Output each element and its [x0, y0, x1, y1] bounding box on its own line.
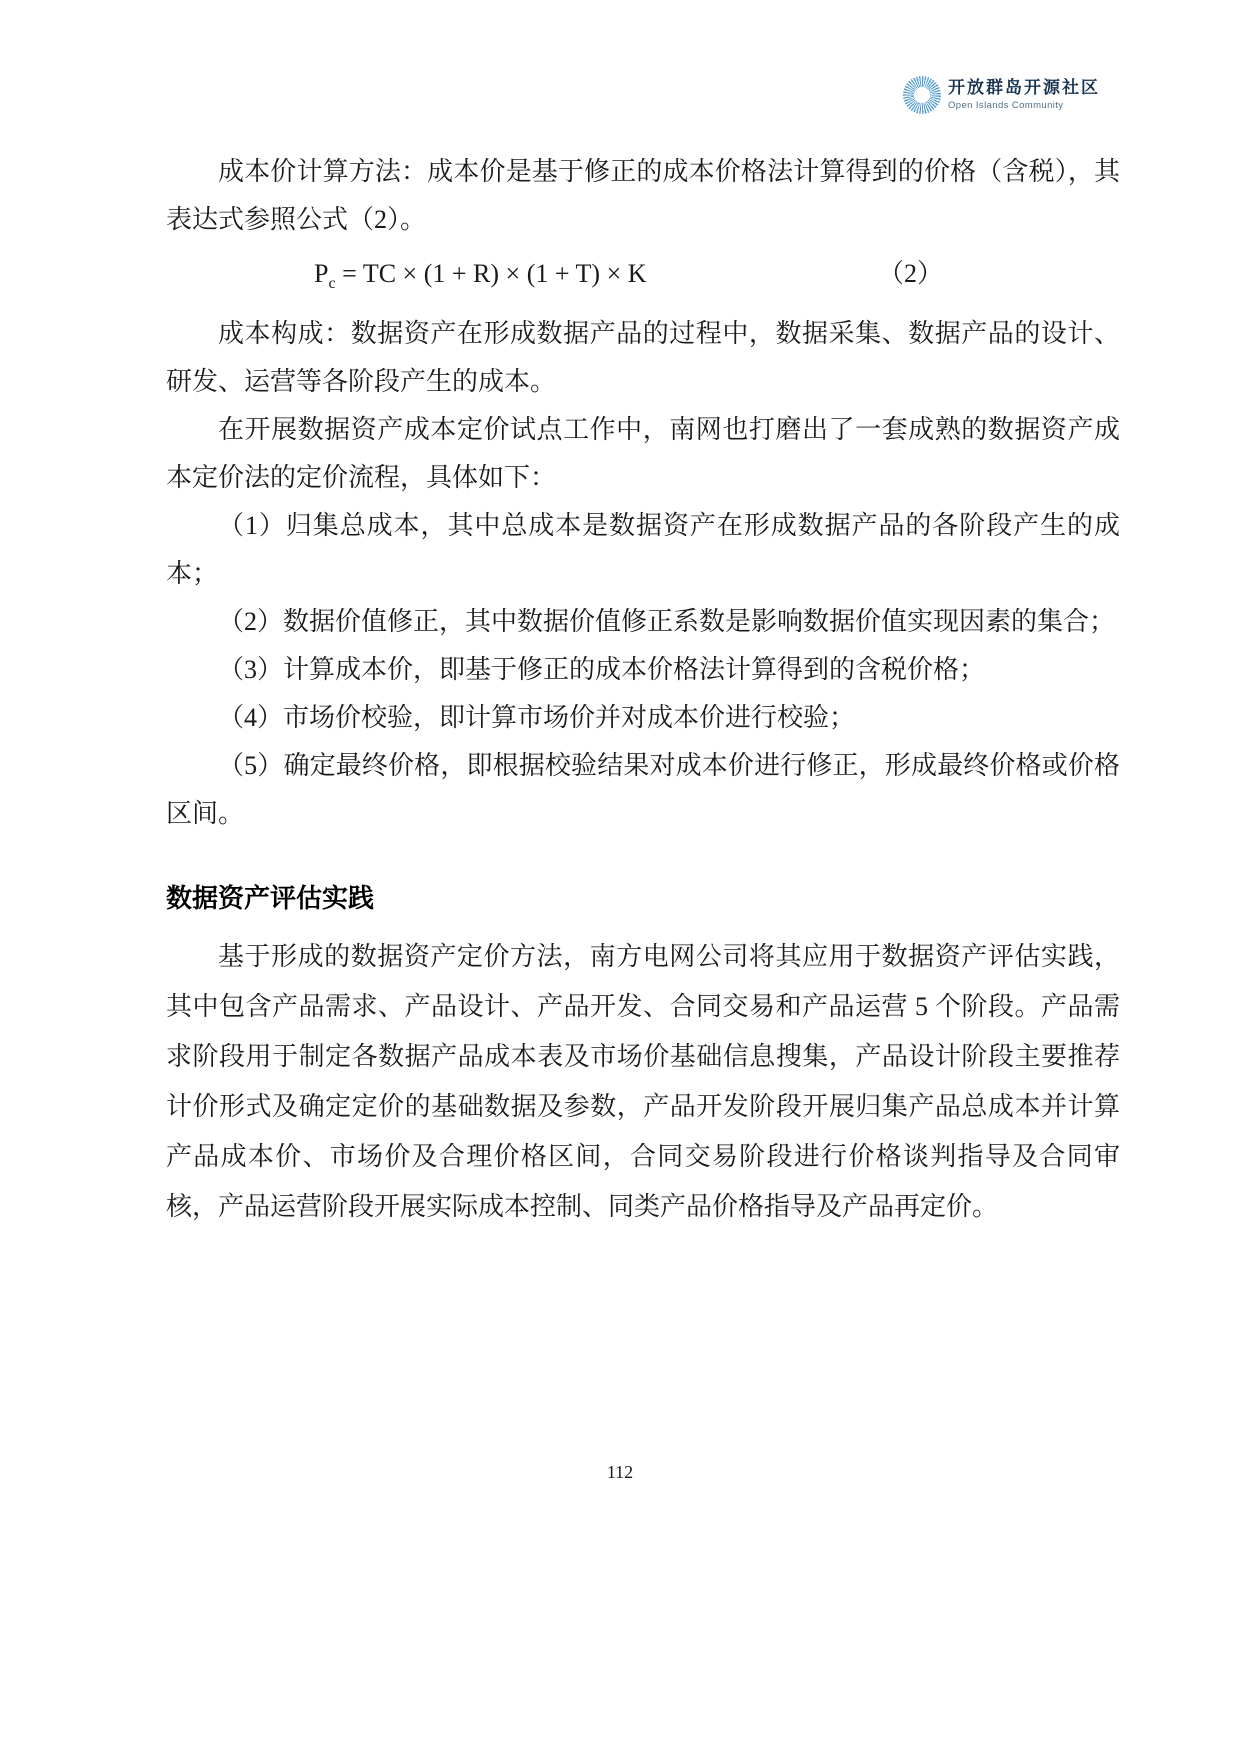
list-item: （3）计算成本价，即基于修正的成本价格法计算得到的含税价格；	[166, 646, 1120, 694]
formula-number: （2）	[878, 250, 943, 298]
sunburst-icon	[903, 76, 941, 114]
cost-pricing-steps: （1）归集总成本，其中总成本是数据资产在形成数据产品的各阶段产生的成本； （2）…	[166, 502, 1120, 838]
logo-text: 开放群岛开源社区 Open Islands Community	[948, 78, 1100, 112]
section-heading: 数据资产评估实践	[166, 874, 1120, 922]
document-body: 成本价计算方法：成本价是基于修正的成本价格法计算得到的价格（含税），其表达式参照…	[166, 148, 1120, 1232]
list-item: （2）数据价值修正，其中数据价值修正系数是影响数据价值实现因素的集合；	[166, 598, 1120, 646]
page-number: 112	[0, 1462, 1240, 1483]
formula-line: Pc = TC × (1 + R) × (1 + T) × K （2）	[166, 250, 1120, 298]
list-item: （5）确定最终价格，即根据校验结果对成本价进行修正，形成最终价格或价格区间。	[166, 742, 1120, 838]
list-item: （4）市场价校验，即计算市场价并对成本价进行校验；	[166, 694, 1120, 742]
list-item: （1）归集总成本，其中总成本是数据资产在形成数据产品的各阶段产生的成本；	[166, 502, 1120, 598]
paragraph-evaluation-practice: 基于形成的数据资产定价方法，南方电网公司将其应用于数据资产评估实践，其中包含产品…	[166, 932, 1120, 1232]
paragraph-pilot-intro: 在开展数据资产成本定价试点工作中，南网也打磨出了一套成熟的数据资产成本定价法的定…	[166, 406, 1120, 502]
formula-symbol: P	[314, 259, 328, 288]
paragraph-cost-price-method: 成本价计算方法：成本价是基于修正的成本价格法计算得到的价格（含税），其表达式参照…	[166, 148, 1120, 244]
formula-expression: Pc = TC × (1 + R) × (1 + T) × K	[314, 259, 647, 288]
document-page: 开放群岛开源社区 Open Islands Community 成本价计算方法：…	[0, 0, 1240, 1753]
formula-rhs: = TC × (1 + R) × (1 + T) × K	[336, 259, 647, 288]
paragraph-cost-composition: 成本构成：数据资产在形成数据产品的过程中，数据采集、数据产品的设计、研发、运营等…	[166, 310, 1120, 406]
logo-title-zh: 开放群岛开源社区	[948, 78, 1100, 98]
logo: 开放群岛开源社区 Open Islands Community	[903, 76, 1100, 114]
logo-subtitle-en: Open Islands Community	[948, 100, 1100, 112]
formula-subscript: c	[328, 275, 335, 292]
